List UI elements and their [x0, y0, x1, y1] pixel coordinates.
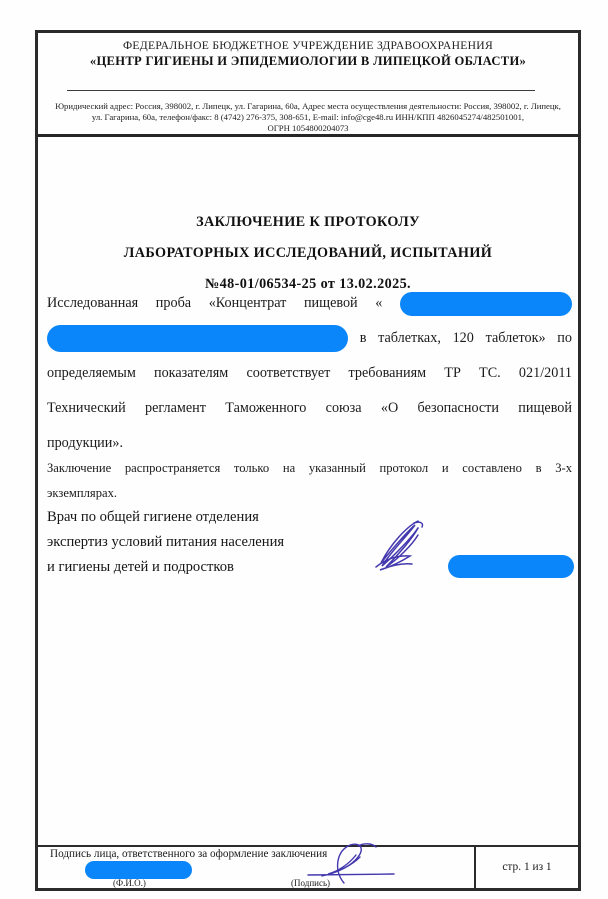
- body-line-4: Технический регламент Таможенного союза …: [47, 391, 572, 426]
- header-divider-thin: [67, 90, 535, 91]
- note-line-2: экземплярах.: [47, 481, 572, 506]
- conclusion-body: Исследованная проба «Концентрат пищевой …: [47, 286, 572, 461]
- redaction-box-signatory-name: [448, 555, 574, 578]
- redaction-box-product-name-1: [400, 292, 572, 316]
- body-line1-text: Исследованная проба «Концентрат пищевой …: [47, 295, 382, 311]
- page-number: стр. 1 из 1: [476, 845, 578, 889]
- body-line-2: в таблетках, 120 таблеток» по: [47, 321, 572, 356]
- redaction-box-footer-fio: [85, 861, 192, 879]
- handwritten-signature-main: [368, 515, 430, 577]
- org-address-line2: ул. Гагарина, 60а, телефон/факс: 8 (4742…: [44, 112, 572, 123]
- redaction-box-product-name-2: [47, 325, 348, 352]
- body-line-3: определяемым показателям соответствует т…: [47, 356, 572, 391]
- title-line1: ЗАКЛЮЧЕНИЕ К ПРОТОКОЛУ: [40, 207, 576, 238]
- signatory-role: Врач по общей гигиене отделения эксперти…: [47, 505, 347, 580]
- scanned-document-page: ФЕДЕРАЛЬНОЕ БЮДЖЕТНОЕ УЧРЕЖДЕНИЕ ЗДРАВОО…: [0, 0, 608, 899]
- org-address-line3: ОГРН 1054800204073: [44, 123, 572, 134]
- title-line2: ЛАБОРАТОРНЫХ ИССЛЕДОВАНИЙ, ИСПЫТАНИЙ: [40, 238, 576, 269]
- org-name-line2: «ЦЕНТР ГИГИЕНЫ И ЭПИДЕМИОЛОГИИ В ЛИПЕЦКО…: [40, 54, 576, 69]
- fio-label: (Ф.И.О.): [113, 878, 146, 888]
- conclusion-note: Заключение распространяется только на ук…: [47, 456, 572, 506]
- role-line3: и гигиены детей и подростков: [47, 555, 347, 580]
- body-line-1: Исследованная проба «Концентрат пищевой …: [47, 286, 572, 321]
- header-divider-thick: [38, 134, 578, 137]
- role-line1: Врач по общей гигиене отделения: [47, 505, 347, 530]
- footer-caption: Подпись лица, ответственного за оформлен…: [50, 848, 327, 860]
- org-address-block: Юридический адрес: Россия, 398002, г. Ли…: [44, 101, 572, 133]
- signature-label: (Подпись): [291, 878, 330, 888]
- org-name-line1: ФЕДЕРАЛЬНОЕ БЮДЖЕТНОЕ УЧРЕЖДЕНИЕ ЗДРАВОО…: [40, 39, 576, 52]
- org-address-line1: Юридический адрес: Россия, 398002, г. Ли…: [44, 101, 572, 112]
- note-line-1: Заключение распространяется только на ук…: [47, 456, 572, 481]
- body-line2-text: в таблетках, 120 таблеток» по: [360, 330, 572, 346]
- role-line2: экспертиз условий питания населения: [47, 530, 347, 555]
